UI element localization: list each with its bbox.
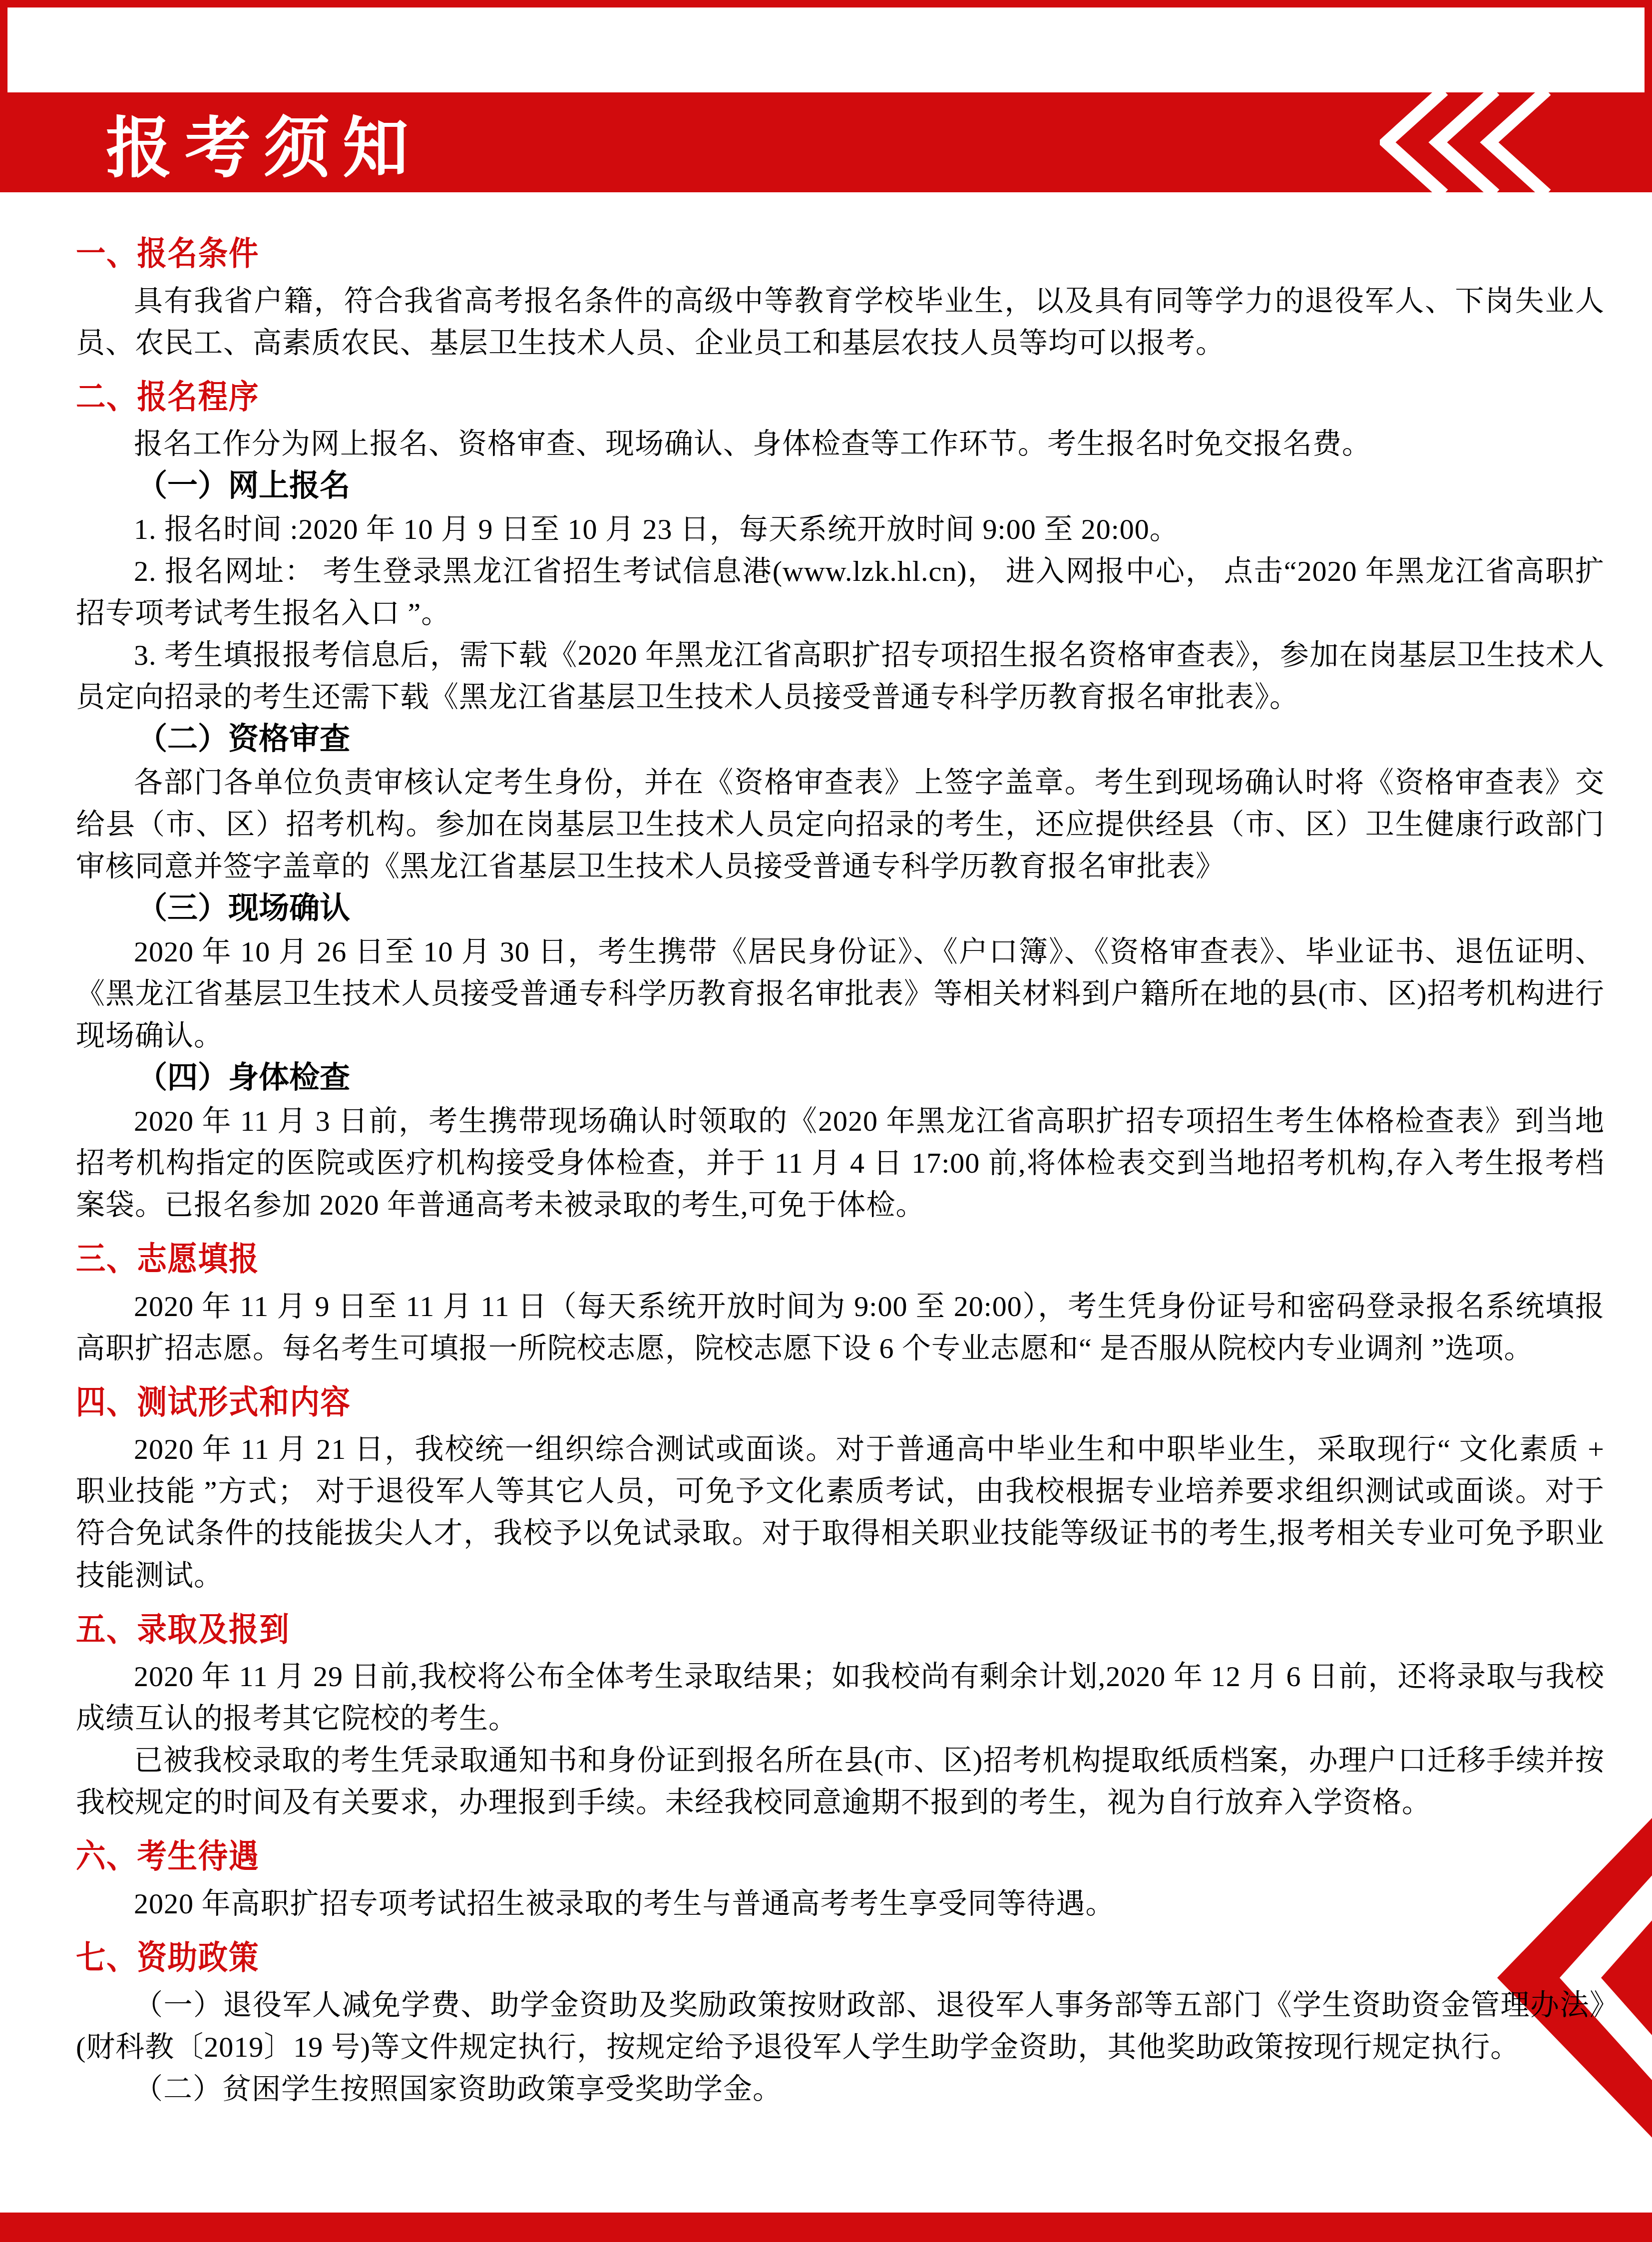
paragraph: 2020 年 11 月 3 日前，考生携带现场确认时领取的《2020 年黑龙江省… <box>76 1100 1605 1226</box>
paragraph: 2020 年 11 月 9 日至 11 月 11 日（每天系统开放时间为 9:0… <box>76 1286 1605 1369</box>
paragraph: （一）退役军人减免学费、助学金资助及奖励政策按财政部、退役军人事务部等五部门《学… <box>76 1984 1605 2068</box>
paragraph: 各部门各单位负责审核认定考生身份，并在《资格审查表》上签字盖章。考生到现场确认时… <box>76 762 1605 888</box>
paragraph: 1. 报名时间 :2020 年 10 月 9 日至 10 月 23 日，每天系统… <box>76 508 1605 550</box>
sub-heading: （四）身体检查 <box>76 1057 1605 1100</box>
sub-heading: （三）现场确认 <box>76 888 1605 931</box>
title-bar: 报考须知 <box>0 92 1652 192</box>
header-banner: 报考须知 <box>0 0 1652 192</box>
section-heading: 一、报名条件 <box>76 233 1452 274</box>
section-heading: 二、报名程序 <box>76 376 1452 418</box>
section-heading: 六、考生待遇 <box>76 1835 1452 1877</box>
paragraph: 2. 报名网址： 考生登录黑龙江省招生考试信息港(www.lzk.hl.cn)，… <box>76 550 1605 634</box>
section-heading: 三、志愿填报 <box>76 1238 1452 1280</box>
paragraph: 3. 考生填报报考信息后，需下载《2020 年黑龙江省高职扩招专项招生报名资格审… <box>76 634 1605 718</box>
paragraph: 2020 年 11 月 21 日，我校统一组织综合测试或面谈。对于普通高中毕业生… <box>76 1428 1605 1596</box>
triple-left-chevron-icon <box>1380 92 1565 192</box>
sub-heading: （一）网上报名 <box>76 465 1605 508</box>
paragraph: 具有我省户籍，符合我省高考报名条件的高级中等教育学校毕业生，以及具有同等学力的退… <box>76 280 1605 364</box>
header-white-band <box>7 7 1645 92</box>
paragraph: （二）贫困学生按照国家资助政策享受奖助学金。 <box>76 2068 1605 2110</box>
paragraph: 2020 年 10 月 26 日至 10 月 30 日，考生携带《居民身份证》、… <box>76 931 1605 1057</box>
notice-page: 报考须知 一、报名条件具有我省户籍，符合我省高考报名条件的高级中等教育学校毕业生… <box>0 0 1652 2242</box>
sub-heading: （二）资格审查 <box>76 718 1605 762</box>
page-title: 报考须知 <box>106 92 421 192</box>
paragraph: 已被我校录取的考生凭录取通知书和身份证到报名所在县(市、区)招考机构提取纸质档案… <box>76 1740 1605 1823</box>
section-heading: 四、测试形式和内容 <box>76 1381 1452 1423</box>
paragraph: 2020 年高职扩招专项考试招生被录取的考生与普通高考考生享受同等待遇。 <box>76 1883 1605 1925</box>
section-heading: 七、资助政策 <box>76 1937 1452 1978</box>
bottom-bar <box>0 2213 1652 2242</box>
section-heading: 五、录取及报到 <box>76 1609 1452 1650</box>
paragraph: 报名工作分为网上报名、资格审查、现场确认、身体检查等工作环节。考生报名时免交报名… <box>76 423 1605 465</box>
paragraph: 2020 年 11 月 29 日前,我校将公布全体考生录取结果；如我校尚有剩余计… <box>76 1656 1605 1740</box>
content: 一、报名条件具有我省户籍，符合我省高考报名条件的高级中等教育学校毕业生，以及具有… <box>76 221 1605 2110</box>
